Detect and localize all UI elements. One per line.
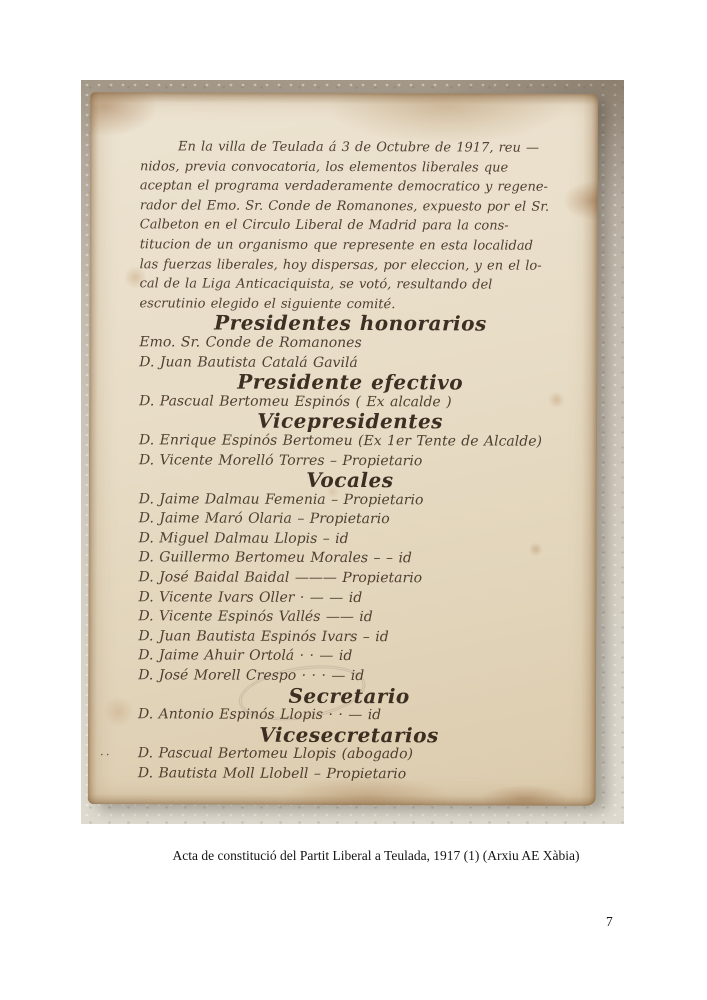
photo-caption: Acta de constitució del Partit Liberal a… — [45, 848, 707, 864]
manuscript-line: D. Miguel Dalmau Llopis – id — [139, 529, 561, 550]
manuscript-line: D. Jaime Maró Olaria – Propietario — [139, 510, 561, 531]
manuscript-line: D. Jaime Ahuir Ortolá · · — id — [138, 647, 560, 668]
manuscript-heading: Vicesecretarios — [138, 725, 560, 746]
manuscript-line: cal de la Liga Anticaciquista, se votó, … — [140, 274, 562, 295]
manuscript-line: titucion de un organismo que represente … — [140, 235, 562, 256]
manuscript-heading: Vicepresidentes — [139, 412, 561, 433]
manuscript-line: D. Juan Bautista Espinós Ivars – id — [138, 627, 560, 648]
manuscript-heading: Vocales — [139, 470, 561, 491]
manuscript-line: Emo. Sr. Conde de Romanones — [139, 333, 561, 354]
manuscript-line: las fuerzas liberales, hoy dispersas, po… — [140, 255, 562, 276]
manuscript-line: rador del Emo. Sr. Conde de Romanones, e… — [140, 196, 562, 217]
manuscript-line: En la villa de Teulada á 3 de Octubre de… — [140, 137, 562, 158]
manuscript-line: D. Jaime Dalmau Femenia – Propietario — [139, 490, 561, 511]
manuscript-line: D. Bautista Moll Llobell – Propietario — [138, 764, 560, 785]
manuscript-photo: .. En la villa de Teulada á 3 de Octubre… — [81, 80, 624, 824]
manuscript-paper: .. En la villa de Teulada á 3 de Octubre… — [88, 92, 598, 806]
manuscript-line: nidos, previa convocatoria, los elemento… — [140, 157, 562, 178]
manuscript-line: D. Vicente Ivars Oller · — — id — [138, 588, 560, 609]
manuscript-text: En la villa de Teulada á 3 de Octubre de… — [138, 137, 562, 785]
manuscript-heading: Presidente efectivo — [139, 372, 561, 393]
manuscript-line: aceptan el programa verdaderamente democ… — [140, 176, 562, 197]
document-page: .. En la villa de Teulada á 3 de Octubre… — [0, 0, 707, 1000]
manuscript-heading: Secretario — [138, 686, 560, 707]
manuscript-line: D. José Baidal Baidal ——— Propietario — [139, 568, 561, 589]
manuscript-line: Calbeton en el Circulo Liberal de Madrid… — [140, 216, 562, 237]
margin-annotation: .. — [100, 744, 112, 758]
manuscript-line: D. Pascual Bertomeu Llopis (abogado) — [138, 745, 560, 766]
manuscript-heading: Presidentes honorarios — [139, 314, 561, 335]
manuscript-line: D. Guillermo Bertomeu Morales – – id — [139, 549, 561, 570]
page-number: 7 — [606, 914, 613, 930]
manuscript-line: D. Vicente Espinós Vallés —— id — [138, 608, 560, 629]
manuscript-line: D. Enrique Espinós Bertomeu (Ex 1er Tent… — [139, 431, 561, 452]
